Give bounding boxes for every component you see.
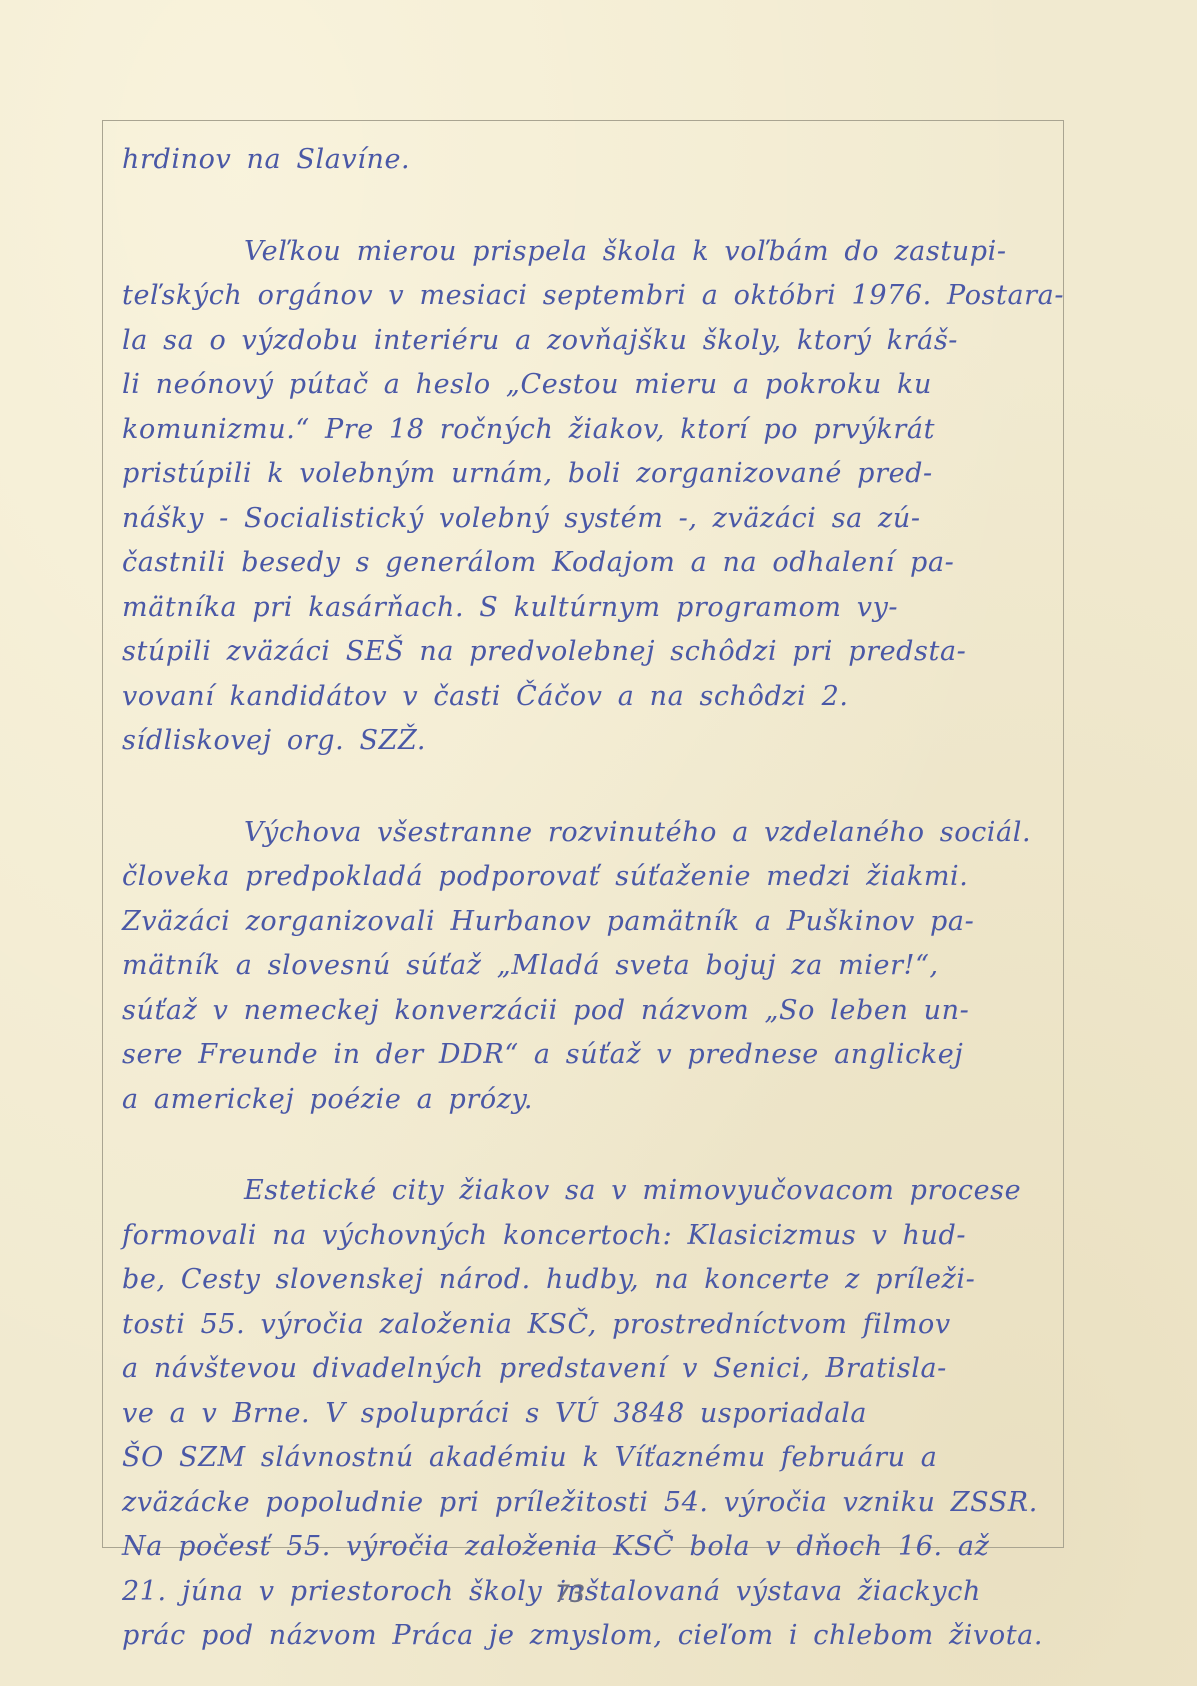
text-line: sídliskovej org. SZŽ.	[122, 719, 1052, 764]
text-line: stúpili zväzáci SEŠ na predvolebnej schô…	[122, 630, 1052, 675]
text-line: Zväzáci zorganizovali Hurbanov pamätník …	[122, 900, 1052, 945]
text-line: častnili besedy s generálom Kodajom a na…	[122, 541, 1052, 586]
text-line: hrdinov na Slavíne.	[122, 138, 1052, 183]
text-line: človeka predpokladá podporovať súťaženie…	[122, 855, 1052, 900]
text-line: Na počesť 55. výročia založenia KSČ bola…	[122, 1525, 1052, 1570]
paragraph-elections: Veľkou mierou prispela škola k voľbám do…	[122, 230, 1052, 764]
text-line: súťaž v nemeckej konverzácii pod názvom …	[122, 989, 1052, 1034]
paragraph-education: Výchova všestranne rozvinutého a vzdelan…	[122, 811, 1052, 1123]
text-line: tosti 55. výročia založenia KSČ, prostre…	[122, 1303, 1052, 1348]
text-line: pristúpili k volebným urnám, boli zorgan…	[122, 452, 1052, 497]
text-line: li neónový pútač a heslo „Cestou mieru a…	[122, 363, 1052, 408]
text-line: mätníka pri kasárňach. S kultúrnym progr…	[122, 586, 1052, 631]
text-line: ŠO SZM slávnostnú akadémiu k Víťaznému f…	[122, 1436, 1052, 1481]
text-line: Estetické city žiakov sa v mimovyučovaco…	[122, 1169, 1052, 1214]
text-line: formovali na výchovných koncertoch: Klas…	[122, 1214, 1052, 1259]
paragraph-gap	[122, 183, 1052, 230]
handwritten-page: hrdinov na Slavíne. Veľkou mierou prispe…	[0, 0, 1197, 1686]
text-line: ve a v Brne. V spolupráci s VÚ 3848 uspo…	[122, 1392, 1052, 1437]
text-line: Veľkou mierou prispela škola k voľbám do…	[122, 230, 1052, 275]
paragraph-gap	[122, 1122, 1052, 1169]
text-line: nášky - Socialistický volebný systém -, …	[122, 497, 1052, 542]
handwritten-text-body: hrdinov na Slavíne. Veľkou mierou prispe…	[122, 138, 1052, 1659]
text-line: komunizmu.“ Pre 18 ročných žiakov, ktorí…	[122, 408, 1052, 453]
text-line: vovaní kandidátov v časti Čáčov a na sch…	[122, 675, 1052, 720]
paragraph-continuation: hrdinov na Slavíne.	[122, 138, 1052, 183]
text-line: a americkej poézie a prózy.	[122, 1078, 1052, 1123]
text-line: a návštevou divadelných predstavení v Se…	[122, 1347, 1052, 1392]
text-line: la sa o výzdobu interiéru a zovňajšku šk…	[122, 319, 1052, 364]
paragraph-gap	[122, 764, 1052, 811]
text-line: be, Cesty slovenskej národ. hudby, na ko…	[122, 1258, 1052, 1303]
text-line: zväzácke popoludnie pri príležitosti 54.…	[122, 1481, 1052, 1526]
text-line: sere Freunde in der DDR“ a súťaž v predn…	[122, 1033, 1052, 1078]
text-line: mätník a slovesnú súťaž „Mladá sveta boj…	[122, 944, 1052, 989]
text-line: teľských orgánov v mesiaci septembri a o…	[122, 274, 1052, 319]
text-line: prác pod názvom Práca je zmyslom, cieľom…	[122, 1614, 1052, 1659]
page-number: 73	[540, 1580, 600, 1608]
text-line: Výchova všestranne rozvinutého a vzdelan…	[122, 811, 1052, 856]
